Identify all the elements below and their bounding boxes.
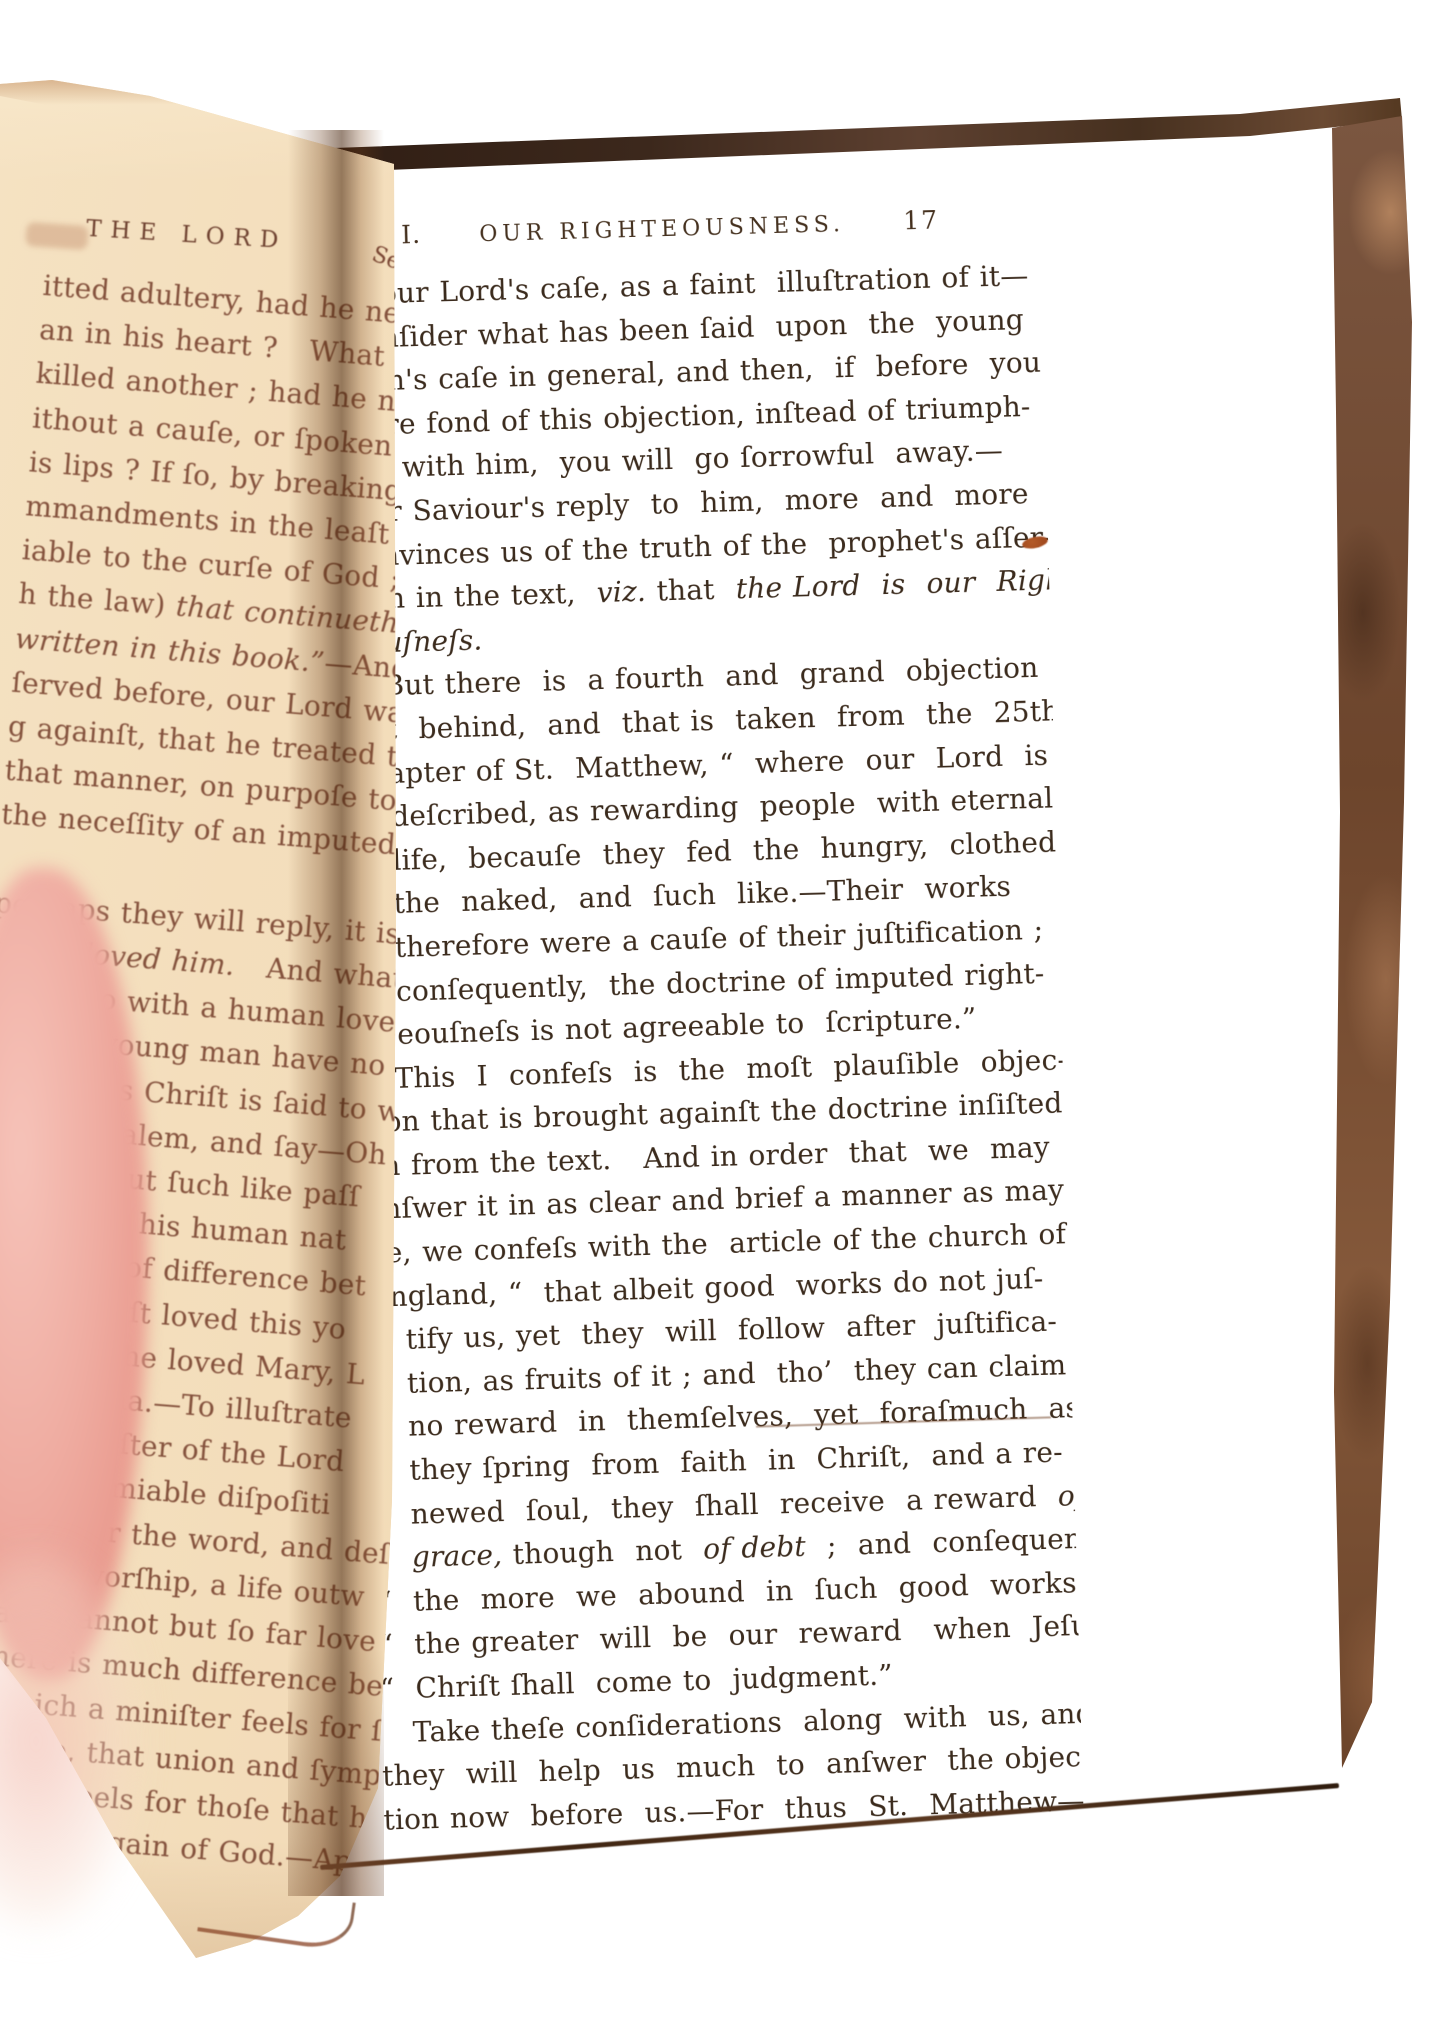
gutter-shadow [288, 130, 384, 1896]
signature-mark: B [784, 1830, 1085, 1863]
open-book-photo: Ser. I. OUR RIGHTEOUSNESS. 17 to our Lor… [0, 0, 1445, 2023]
right-page-content: Ser. I. OUR RIGHTEOUSNESS. 17 to our Lor… [339, 203, 1085, 1875]
right-page-header: Ser. I. OUR RIGHTEOUSNESS. 17 [339, 205, 940, 251]
left-page-running-title: THE LORD [85, 216, 288, 254]
right-page-text: to our Lord's caſe, as a faint illuſtrat… [340, 254, 1084, 1848]
print-ghost-smudge [25, 222, 89, 250]
running-title: OUR RIGHTEOUSNESS. [479, 212, 845, 247]
page-number: 17 [903, 205, 940, 235]
